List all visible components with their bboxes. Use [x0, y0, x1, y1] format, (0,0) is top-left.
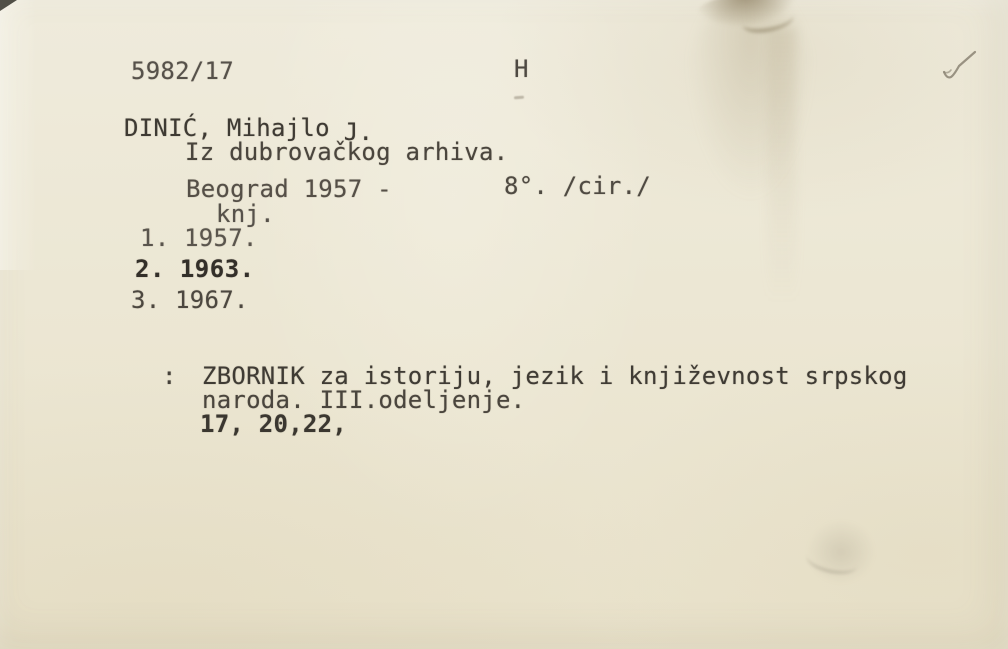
author-line: DINIĆ, MihajloJ.: [124, 116, 373, 140]
call-number: 5982/17: [131, 59, 234, 83]
imprint: Beograd 1957 -: [186, 177, 392, 201]
faint-mark: [514, 96, 524, 100]
series-title-line-2: naroda. III.odeljenje.: [202, 388, 525, 412]
volume-entry-2: 2. 1963.: [135, 257, 255, 281]
volume-entry-3: 3. 1967.: [131, 288, 249, 312]
volume-label: knj.: [216, 202, 275, 226]
pencil-checkmark-icon: [938, 48, 982, 86]
format-note: 8°. /cir./: [504, 174, 651, 198]
series-colon: :: [162, 364, 177, 388]
paper-crease: [0, 0, 36, 270]
volume-entry-1: 1. 1957.: [140, 226, 258, 250]
series-title-line-1: ZBORNIK za istoriju, jezik i književnost…: [202, 364, 908, 388]
title: Iz dubrovačkog arhiva.: [185, 140, 508, 164]
catalog-card: 5982/17 H DINIĆ, MihajloJ. Iz dubrovačko…: [0, 0, 1008, 649]
stain-streak: [768, 28, 796, 303]
series-issue-numbers: 17, 20,22,: [200, 412, 347, 436]
heading-letter: H: [514, 57, 529, 81]
